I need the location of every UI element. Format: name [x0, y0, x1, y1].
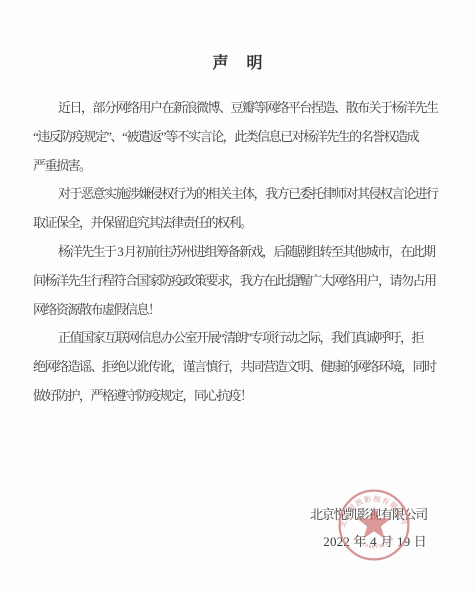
company-name: 北京悦凯影视有限公司 [310, 502, 427, 529]
paragraph-line: “违反防疫规定”、“被遣返”等不实言论，此类信息已对杨洋先生的名誉权造成 [33, 123, 443, 152]
paragraph-line: 间杨洋先生行程符合国家防疫政策要求，我方在此提醒广大网络用户，请勿占用 [33, 267, 443, 296]
paragraph-line: 杨洋先生于 3 月初前往苏州进组筹备新戏，后随剧组转至其他城市，在此期 [33, 238, 443, 267]
paragraph-line: 绝网络造谣、拒绝以讹传讹，谨言慎行，共同营造文明、健康的网络环境，同时 [33, 353, 443, 382]
signature-block: 北京悦凯影视有限公司 2022 年 4 月 19 日 [310, 502, 427, 555]
statement-document: 声 明 近日，部分网络用户在新浪微博、豆瓣等网络平台捏造、散布关于杨洋先生 “违… [0, 0, 475, 593]
statement-date: 2022 年 4 月 19 日 [310, 529, 427, 556]
document-title: 声 明 [0, 50, 475, 73]
paragraph-line: 取证保全，并保留追究其法律责任的权利。 [33, 209, 443, 238]
document-body: 近日，部分网络用户在新浪微博、豆瓣等网络平台捏造、散布关于杨洋先生 “违反防疫规… [33, 94, 443, 411]
paragraph-line: 网络资源散布虚假信息！ [33, 296, 443, 325]
paragraph-line: 对于恶意实施涉嫌侵权行为的相关主体，我方已委托律师对其侵权言论进行 [33, 180, 443, 209]
paragraph-line: 近日，部分网络用户在新浪微博、豆瓣等网络平台捏造、散布关于杨洋先生 [33, 94, 443, 123]
paragraph-line: 正值国家互联网信息办公室开展“清朗”专项行动之际，我们真诚呼吁，拒 [33, 324, 443, 353]
paragraph-line: 做好防护，严格遵守防疫规定，同心抗疫！ [33, 382, 443, 411]
paragraph-line: 严重损害。 [33, 152, 443, 181]
